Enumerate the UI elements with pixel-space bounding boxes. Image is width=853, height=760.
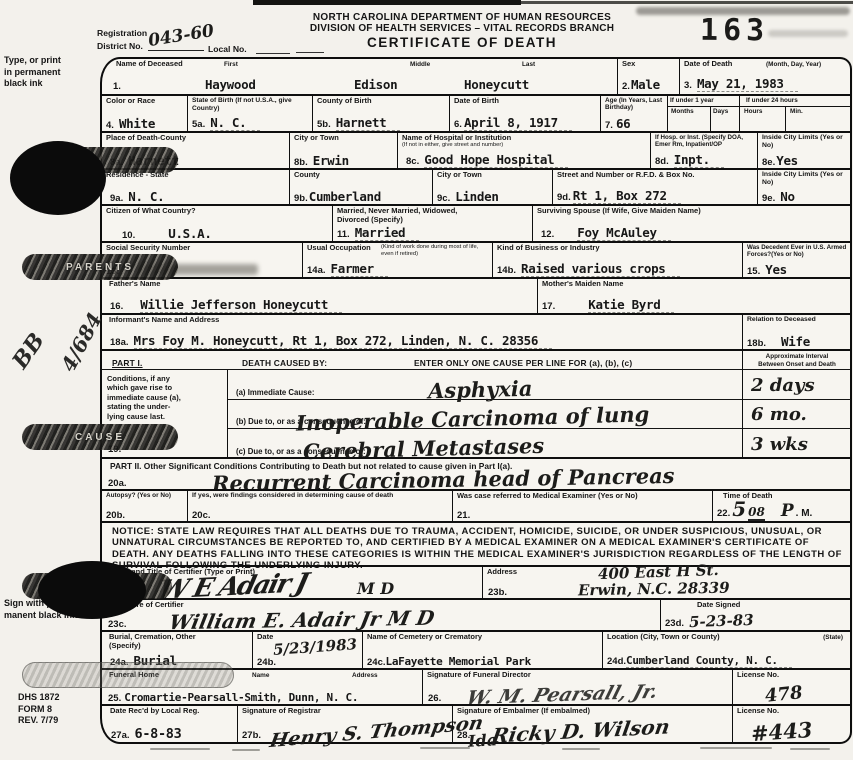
field-pod-inside-city-limits: Inside City Limits (Yes or No) 8e. Yes — [757, 133, 851, 170]
value-line: 22. 5 08 P . M. — [717, 497, 812, 521]
subcell-divider — [785, 107, 786, 133]
value-line: 20b. — [106, 510, 125, 521]
value-line: 4. White — [106, 116, 155, 131]
field-relation-to-deceased: Relation to Deceased 18b. Wife — [742, 315, 851, 351]
handwritten-initials: BB — [7, 328, 50, 373]
item-number: 24c. — [367, 657, 386, 668]
part1-title: PART I. — [112, 358, 143, 368]
value-line: 20c. — [192, 510, 211, 521]
field-label: Inside City Limits (Yes or No) — [762, 134, 849, 150]
item-number: 17. — [542, 301, 555, 312]
scan-artifact-bar — [253, 0, 521, 5]
row-residence: Residence - State 9a. N. C. County 9b. C… — [102, 168, 850, 206]
value-line: 18a. Mrs Foy M. Honeycutt, Rt 1, Box 272… — [110, 333, 552, 349]
row-autopsy-examiner-time: Autopsy? (Yes or No) 20b. If yes, were f… — [102, 489, 850, 523]
item-number: 25. — [108, 693, 121, 704]
sublabel-hours: Hours — [744, 108, 762, 115]
sublabel-middle: Middle — [410, 61, 430, 68]
field-label: If under 1 year — [670, 97, 738, 104]
value-line: 24d. Cumberland County, N. C. — [607, 654, 792, 668]
field-label: License No. — [737, 671, 849, 680]
row-informant: Informant's Name and Address 18a. Mrs Fo… — [102, 313, 850, 351]
date-of-death-value: May 21, 1983 — [697, 76, 798, 92]
form-revision-note: DHS 1872 FORM 8 REV. 7/79 — [18, 692, 60, 727]
residence-city-limits-value: No — [780, 189, 794, 204]
field-label: Date Signed — [697, 601, 849, 610]
value-line: 5b. Harnett — [317, 115, 400, 131]
field-residence-inside-city-limits: Inside City Limits (Yes or No) 9e. No — [757, 170, 851, 206]
field-sublabel: (Kind of work done during most of life, … — [381, 244, 489, 257]
residence-street-value: Rt 1, Box 272 — [573, 188, 681, 204]
state-of-birth-value: N. C. — [210, 115, 260, 131]
subcell-divider — [710, 107, 711, 133]
field-label: Date of Birth — [454, 97, 599, 106]
sublabel-months: Months — [671, 108, 694, 115]
field-sublabel: (If not in either, give street and numbe… — [402, 142, 503, 148]
part1-body: Conditions, if any which gave rise to im… — [102, 369, 850, 458]
interval-header-line2: Between Onset and Death — [743, 361, 851, 369]
hospital-value: Good Hope Hospital — [424, 152, 568, 168]
field-label: Location (City, Town or County) — [607, 633, 757, 642]
embalmer-license-value: #443 — [750, 717, 813, 746]
item-number: 18b. — [747, 338, 766, 349]
redaction-blob — [10, 141, 106, 215]
part1-instruction: ENTER ONLY ONE CAUSE PER LINE FOR (a), (… — [414, 358, 632, 368]
pod-city-value: Erwin — [313, 153, 349, 168]
value-line: 9d. Rt 1, Box 272 — [557, 188, 681, 204]
last-name-value: Honeycutt — [464, 77, 529, 92]
item-number: 9e. — [762, 193, 775, 204]
funeral-home-value: Cromartie-Pearsall-Smith, Dunn, N. C. — [124, 691, 358, 704]
district-no-value: 043-60 — [147, 21, 216, 51]
cause-line-b: (b) Due to, or as a consequence of: Inop… — [228, 399, 743, 429]
field-embalmer-license: License No. #443 — [732, 706, 851, 744]
field-burial-location: Location (City, Town or County) (State) … — [602, 632, 851, 670]
part1-interval-cell: 2 days 6 mo. 3 wks — [742, 370, 851, 458]
value-line: 17. Katie Byrd — [542, 297, 674, 313]
item-number: 9d. — [557, 192, 571, 203]
field-label: Place of Death-County — [106, 134, 287, 143]
time-hour-value: 5 — [732, 497, 746, 521]
value-line: 8b. Erwin — [294, 153, 349, 168]
value-line: 10. U.S.A. — [122, 226, 212, 241]
conditions-note: Conditions, if any which gave rise to im… — [107, 374, 181, 421]
sublabel-name: Name — [252, 672, 269, 679]
value-line: 23d. 5-23-83 — [665, 612, 754, 630]
residence-county-value: Cumberland — [309, 189, 381, 204]
field-age: Age (In Years, Last Birthday) 7. 66 — [600, 96, 668, 133]
field-time-of-death: Time of Death 22. 5 08 P . M. — [712, 491, 851, 523]
item-number: 8e. — [762, 157, 775, 168]
index-tab-cause: CAUSE — [22, 424, 178, 450]
notice-cell: NOTICE: STATE LAW REQUIRES THAT ALL DEAT… — [102, 523, 850, 567]
local-no-blank2 — [296, 52, 324, 53]
field-armed-forces: Was Decedent Ever in U.S. Armed Forces?(… — [742, 243, 851, 279]
residence-city-value: Linden — [455, 189, 498, 204]
item-number: 5a. — [192, 119, 205, 130]
field-date-received: Date Rec'd by Local Reg. 27a. 6-8-83 — [102, 706, 237, 744]
item-number: 7. — [605, 120, 613, 131]
value-line: 5a. N. C. — [192, 115, 260, 131]
value-line: 21. — [457, 510, 470, 521]
value-line: 6. April 8, 1917 — [454, 115, 572, 131]
item-number: 23d. — [665, 618, 684, 629]
item-number: 12. — [541, 229, 554, 240]
value-line: 27a. 6-8-83 — [111, 726, 181, 742]
field-certifier-signature: Signature of Certifier 23c. William E. A… — [102, 600, 660, 632]
field-hospital-status: If Hosp. or Inst. (Specify DOA, Emer Rm,… — [650, 133, 758, 170]
field-label: License No. — [737, 707, 849, 716]
scan-smudge — [768, 30, 848, 37]
part1-header: PART I. DEATH CAUSED BY: ENTER ONLY ONE … — [102, 349, 850, 371]
field-father-name: Father's Name 16. Willie Jefferson Honey… — [102, 279, 537, 315]
field-residence-city: City or Town 9c. Linden — [432, 170, 553, 206]
field-label: City or Town — [437, 171, 551, 180]
field-pod-city-or-town: City or Town 8b. Erwin — [289, 133, 398, 170]
sublabel-state: (State) — [823, 634, 843, 641]
field-label: Informant's Name and Address — [109, 316, 740, 325]
field-citizen-of-country: Citizen of What Country? 10. U.S.A. — [102, 206, 332, 243]
item-number-20a: 20a. — [108, 478, 127, 489]
value-line: 24c. LaFayette Memorial Park — [367, 655, 531, 668]
time-meridiem-hand: P — [781, 501, 794, 521]
field-residence-street: Street and Number or R.F.D. & Box No. 9d… — [552, 170, 758, 206]
certifier-address-line2: Erwin, N.C. 28339 — [578, 579, 730, 600]
field-if-under-24-hours: If under 24 hours Hours Min. — [739, 96, 851, 133]
item-number: 14b. — [497, 265, 516, 276]
local-no-label: Local No. — [208, 44, 247, 54]
item-number: 1. — [113, 81, 121, 92]
field-residence-county: County 9b. Cumberland — [289, 170, 433, 206]
part2-row: PART II. Other Significant Conditions Co… — [102, 457, 850, 491]
scan-dash — [562, 748, 600, 750]
value-line: 3. May 21, 1983 — [684, 76, 798, 92]
interval-line-c: 3 wks — [743, 428, 851, 458]
field-label: Date of Death — [684, 60, 754, 69]
field-label: Was case referred to Medical Examiner (Y… — [457, 492, 711, 501]
interval-header-line1: Approximate Interval — [743, 353, 851, 361]
cause-line-c: (c) Due to, or as a consequence of: Cere… — [228, 428, 743, 458]
value-line: 2. Male — [622, 77, 660, 92]
scan-dash — [150, 748, 210, 750]
index-tab-faded — [22, 662, 234, 688]
item-number: 9c. — [437, 193, 450, 204]
spouse-value: Foy McAuley — [577, 225, 670, 241]
subcell-group: Months Days — [668, 106, 740, 133]
field-color-or-race: Color or Race 4. White — [102, 96, 187, 133]
district-rule — [148, 50, 204, 51]
date-of-birth-value: April 8, 1917 — [464, 115, 572, 131]
sublabel-address: Address — [352, 672, 378, 679]
age-value: 66 — [616, 116, 630, 131]
field-label: County — [294, 171, 431, 180]
field-label: Relation to Deceased — [747, 316, 849, 324]
field-registrar-signature: Signature of Registrar 27b. Henry S. Tho… — [237, 706, 453, 744]
local-no-blank — [256, 53, 290, 54]
item-number: 18a. — [110, 337, 129, 348]
residence-state-value: N. C. — [128, 189, 164, 204]
father-name-value: Willie Jefferson Honeycutt — [140, 297, 342, 313]
subcell-group: Hours Min. — [740, 106, 851, 133]
value-line: 7. 66 — [605, 116, 630, 131]
field-name-of-deceased: Name of Deceased First Middle Last 1. Ha… — [102, 59, 617, 94]
item-number: 9b. — [294, 193, 308, 204]
item-number: 23c. — [108, 619, 127, 630]
field-date-of-death: Date of Death (Month, Day, Year) 3. May … — [679, 59, 851, 94]
value-line: 18b. Wife — [747, 334, 810, 349]
value-line: 9a. N. C. — [110, 189, 164, 204]
field-label: Age (In Years, Last Birthday) — [605, 97, 666, 112]
field-label: City or Town — [294, 134, 396, 143]
interval-c-value: 3 wks — [751, 434, 808, 455]
field-label: Kind of Business or Industry — [497, 244, 741, 253]
date-received-value: 6-8-83 — [135, 726, 182, 742]
agency-name: NORTH CAROLINA DEPARTMENT OF HUMAN RESOU… — [262, 12, 662, 23]
field-cemetery: Name of Cemetery or Crematory 24c. LaFay… — [362, 632, 603, 670]
field-informant: Informant's Name and Address 18a. Mrs Fo… — [102, 315, 742, 351]
interval-header-text: Approximate Interval Between Onset and D… — [743, 353, 851, 369]
interval-line-b: 6 mo. — [743, 399, 851, 429]
type-instruction-note: Type, or print in permanent black ink — [4, 55, 61, 90]
item-number: 8c. — [406, 156, 419, 167]
item-number: 4. — [106, 120, 114, 131]
field-usual-occupation: Usual Occupation (Kind of work done duri… — [302, 243, 493, 279]
field-state-of-birth: State of Birth (If not U.S.A., give Coun… — [187, 96, 313, 133]
middle-name-value: Edison — [354, 77, 397, 92]
item-number: 2. — [622, 81, 630, 92]
row-name-sex-dod: Name of Deceased First Middle Last 1. Ha… — [102, 59, 850, 94]
item-number: 26. — [428, 693, 441, 704]
item-number: 15. — [747, 266, 760, 277]
industry-value: Raised various crops — [521, 261, 680, 277]
value-line: 15. Yes — [747, 262, 787, 277]
handwritten-ida-note: Ida — [468, 730, 498, 750]
field-label: Married, Never Married, Widowed, Divorce… — [337, 207, 467, 225]
value-line: 9e. No — [762, 189, 795, 204]
item-number: 9a. — [110, 193, 123, 204]
certificate-form: Name of Deceased First Middle Last 1. Ha… — [100, 57, 852, 744]
form-title: CERTIFICATE OF DEATH — [262, 35, 662, 50]
value-line: 16. Willie Jefferson Honeycutt — [110, 297, 342, 313]
armed-forces-value: Yes — [765, 262, 787, 277]
row-parents: Father's Name 16. Willie Jefferson Honey… — [102, 277, 850, 315]
item-number: 20c. — [192, 510, 211, 521]
first-name-value: Haywood — [205, 77, 256, 92]
item-number: 5b. — [317, 119, 331, 130]
row-certifier-signature: Signature of Certifier 23c. William E. A… — [102, 598, 850, 632]
field-label: Autopsy? (Yes or No) — [106, 492, 185, 499]
field-label: Citizen of What Country? — [106, 207, 330, 216]
field-date-of-birth: Date of Birth 6. April 8, 1917 — [449, 96, 601, 133]
field-label: If Hosp. or Inst. (Specify DOA, Emer Rm,… — [655, 134, 756, 148]
part1-interval-header: Approximate Interval Between Onset and D… — [742, 351, 851, 371]
field-label: Signature of Funeral Director — [427, 671, 731, 680]
field-label: County of Birth — [317, 97, 448, 106]
field-label: State of Birth (If not U.S.A., give Coun… — [192, 97, 311, 112]
field-burial-date: Date 24b. 5/23/1983 — [252, 632, 363, 670]
item-number: 23b. — [488, 587, 507, 598]
field-label: Signature of Embalmer (If embalmed) — [457, 707, 731, 716]
field-label: Name of Cemetery or Crematory — [367, 633, 601, 642]
field-residence-state: Residence - State 9a. N. C. — [102, 170, 289, 206]
death-certificate-scan: 163 NORTH CAROLINA DEPARTMENT OF HUMAN R… — [0, 0, 853, 760]
field-date-signed: Date Signed 23d. 5-23-83 — [660, 600, 851, 632]
burial-location-value: Cumberland County, N. C. — [626, 654, 792, 668]
item-number: 16. — [110, 301, 123, 312]
field-label: Social Security Number — [106, 244, 300, 253]
citizen-value: U.S.A. — [168, 226, 211, 241]
part1-caused-by-label: DEATH CAUSED BY: — [242, 358, 327, 368]
division-name: DIVISION OF HEALTH SERVICES – VITAL RECO… — [262, 23, 662, 34]
cause-line-a: (a) Immediate Cause: Asphyxia — [228, 370, 743, 400]
cause-a-label: (a) Immediate Cause: — [236, 388, 314, 397]
certificate-number-stamp: 163 — [700, 13, 769, 49]
row-certifier-name-address: Name and Title of Certifier (Type or Pri… — [102, 565, 850, 600]
field-label: Street and Number or R.F.D. & Box No. — [557, 171, 756, 180]
scan-dash — [420, 747, 470, 749]
item-number: 24d. — [607, 656, 626, 667]
scan-dash — [790, 748, 830, 750]
row-citizen-marital-spouse: Citizen of What Country? 10. U.S.A. Marr… — [102, 204, 850, 243]
item-number: 3. — [684, 80, 692, 91]
cemetery-value: LaFayette Memorial Park — [386, 655, 531, 668]
item-number: 14a. — [307, 265, 326, 276]
part2-cell: PART II. Other Significant Conditions Co… — [102, 459, 850, 491]
item-number: 27b. — [242, 730, 261, 741]
field-findings-considered: If yes, were findings considered in dete… — [187, 491, 453, 523]
form-header: NORTH CAROLINA DEPARTMENT OF HUMAN RESOU… — [262, 12, 662, 50]
row-place-of-death: Place of Death-County 8a. Harnett City o… — [102, 131, 850, 170]
field-label: If yes, were findings considered in dete… — [192, 492, 451, 500]
field-label: Color or Race — [106, 97, 185, 106]
field-label: Name of Deceased — [116, 60, 206, 69]
item-number: 10. — [122, 230, 135, 241]
county-of-birth-value: Harnett — [336, 115, 401, 131]
value-line: 8c. Good Hope Hospital — [406, 152, 568, 168]
part1-causes-cell: (a) Immediate Cause: Asphyxia (b) Due to… — [227, 370, 743, 458]
field-label: Father's Name — [109, 280, 535, 289]
race-value: White — [119, 116, 155, 131]
item-number: 20b. — [106, 510, 125, 521]
pod-city-limits-value: Yes — [776, 153, 798, 168]
interval-a-value: 2 days — [751, 375, 815, 396]
part1-header-main: PART I. DEATH CAUSED BY: ENTER ONLY ONE … — [102, 351, 742, 371]
field-label: Date Rec'd by Local Reg. — [110, 707, 220, 716]
relation-value: Wife — [781, 334, 810, 349]
field-label: Mother's Maiden Name — [542, 280, 849, 289]
value-line: 11. Married — [337, 225, 419, 241]
item-number: 22. — [717, 508, 730, 519]
field-director-license: License No. 478 — [732, 670, 851, 706]
embalmer-signature-value: Ricky D. Wilson — [490, 714, 671, 747]
interval-b-value: 6 mo. — [751, 404, 807, 425]
occupation-value: Farmer — [331, 261, 388, 277]
row-ssn-occupation: Social Security Number 13. Usual Occupat… — [102, 241, 850, 279]
mother-name-value: Katie Byrd — [588, 297, 674, 313]
field-county-of-birth: County of Birth 5b. Harnett — [312, 96, 450, 133]
value-line: 8d. Inpt. — [655, 152, 724, 168]
district-no-label: District No. — [97, 41, 147, 51]
notice-row: NOTICE: STATE LAW REQUIRES THAT ALL DEAT… — [102, 521, 850, 567]
value-line: 14b. Raised various crops — [497, 261, 680, 277]
registration-label: Registration — [97, 28, 147, 38]
field-label: Signature of Registrar — [242, 707, 451, 716]
scan-artifact-line — [521, 1, 853, 4]
sublabel-first: First — [224, 61, 238, 68]
item-number: 8b. — [294, 157, 308, 168]
item-number: 6. — [454, 119, 462, 130]
field-label: Surviving Spouse (If Wife, Give Maiden N… — [537, 207, 849, 216]
value-line: 25. Cromartie-Pearsall-Smith, Dunn, N. C… — [108, 691, 358, 704]
field-label: If under 24 hours — [746, 97, 849, 104]
informant-value: Mrs Foy M. Honeycutt, Rt 1, Box 272, Lin… — [134, 333, 553, 349]
field-surviving-spouse: Surviving Spouse (If Wife, Give Maiden N… — [532, 206, 851, 243]
field-marital-status: Married, Never Married, Widowed, Divorce… — [332, 206, 533, 243]
field-label: Inside City Limits (Yes or No) — [762, 171, 849, 187]
field-funeral-director-signature: Signature of Funeral Director 26. W. M. … — [422, 670, 733, 706]
field-autopsy: Autopsy? (Yes or No) 20b. — [102, 491, 187, 523]
certifier-md-suffix: M D — [357, 579, 394, 598]
field-mother-maiden-name: Mother's Maiden Name 17. Katie Byrd — [537, 279, 851, 315]
value-line: 12. Foy McAuley — [541, 225, 671, 241]
field-certifier-address: Address 23b. 400 East H St. Erwin, N.C. … — [482, 567, 851, 600]
field-label: Usual Occupation — [307, 244, 377, 253]
redaction-blob — [38, 561, 146, 619]
item-number: 11. — [337, 229, 350, 240]
field-sublabel: (Month, Day, Year) — [766, 61, 821, 68]
field-label: Burial, Cremation, Other (Specify) — [109, 633, 219, 651]
registration-block: Registration District No. — [97, 28, 147, 51]
item-number: 21. — [457, 510, 470, 521]
interval-line-a: 2 days — [743, 370, 851, 400]
scan-dash — [232, 749, 260, 751]
field-medical-examiner-referral: Was case referred to Medical Examiner (Y… — [452, 491, 713, 523]
index-tab-parents: PARENTS — [22, 254, 178, 280]
marital-status-value: Married — [355, 225, 420, 241]
row-race-birth-age: Color or Race 4. White State of Birth (I… — [102, 94, 850, 133]
value-line: 14a. Farmer — [307, 261, 388, 277]
sublabel-min: Min. — [790, 108, 803, 115]
item-number: 8d. — [655, 156, 669, 167]
field-label: Sex — [622, 60, 678, 69]
time-minutes-value: 08 — [748, 505, 765, 521]
field-if-under-1-year: If under 1 year Months Days — [667, 96, 740, 133]
hospital-status-value: Inpt. — [674, 152, 724, 168]
sublabel-days: Days — [713, 108, 728, 115]
field-label: Was Decedent Ever in U.S. Armed Forces?(… — [747, 244, 849, 258]
field-sex: Sex 2. Male — [617, 59, 680, 94]
date-signed-value: 5-23-83 — [689, 611, 754, 631]
value-line: 8e. Yes — [762, 153, 798, 168]
time-meridiem-print: . M. — [796, 508, 813, 519]
field-business-industry: Kind of Business or Industry 14b. Raised… — [492, 243, 743, 279]
value-line: 9c. Linden — [437, 189, 499, 204]
sublabel-last: Last — [522, 61, 535, 68]
scan-dash — [700, 747, 772, 749]
item-number: 27a. — [111, 730, 130, 741]
field-hospital: Name of Hospital or Institution (If not … — [397, 133, 651, 170]
sex-value: Male — [631, 77, 660, 92]
value-line: 9b. Cumberland — [294, 189, 381, 204]
